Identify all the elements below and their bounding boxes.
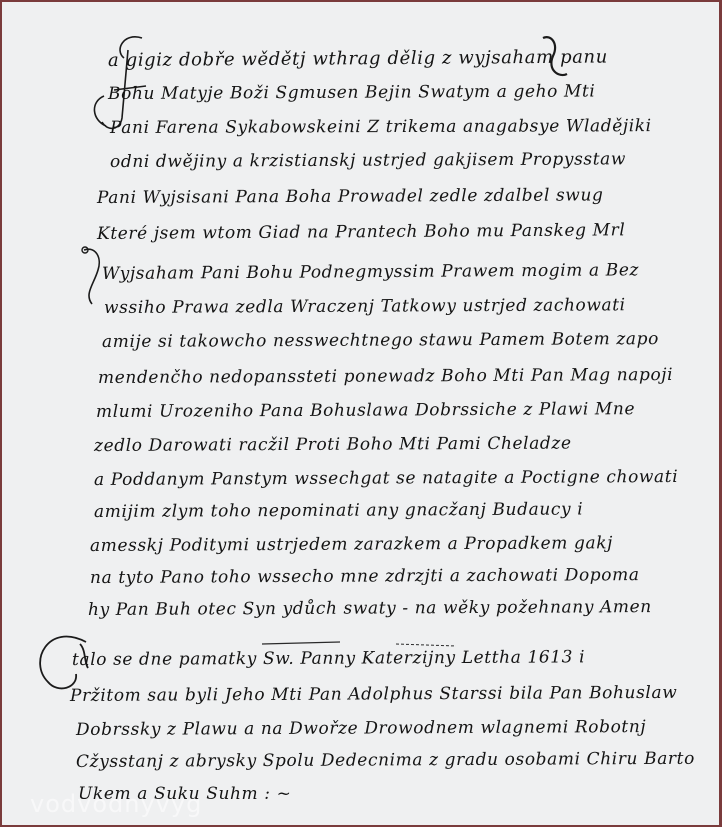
document-frame: a gigiz dobře wědětj wthrag dělig z wyjs…	[0, 0, 722, 827]
manuscript-line-1: a gigiz dobře wědětj wthrag dělig z wyjs…	[108, 47, 608, 71]
manuscript-line-11: mlumi Urozeniho Pana Bohuslawa Dobrssich…	[96, 399, 635, 422]
manuscript-line-8: wssiho Prawa zedla Wraczenj Tatkowy ustr…	[104, 295, 626, 318]
manuscript-line-4: odni dwějiny a krzistianskj ustrjed gakj…	[110, 149, 626, 172]
manuscript-line-2: Bohu Matyje Boži Sgmusen Bejin Swatym a …	[108, 81, 596, 104]
manuscript-page: a gigiz dobře wědětj wthrag dělig z wyjs…	[2, 2, 719, 825]
manuscript-line-12: zedlo Darowati racžil Proti Boho Mti Pam…	[94, 433, 572, 456]
manuscript-line-19: Pržitom sau byli Jeho Mti Pan Adolphus S…	[70, 683, 677, 706]
manuscript-line-21: Cžysstanj z abrysky Spolu Dedecnima z gr…	[76, 749, 695, 772]
manuscript-line-14: amijim zlym toho nepominati any gnacžanj…	[94, 499, 583, 522]
manuscript-line-3: Pani Farena Sykabowskeini Z trikema anag…	[110, 116, 652, 138]
date-overline	[260, 638, 460, 648]
manuscript-line-17: hy Pan Buh otec Syn ydůch swaty - na wěk…	[88, 597, 652, 620]
manuscript-line-13: a Poddanym Panstym wssechgat se natagite…	[94, 467, 678, 490]
watermark-text: vodvodnyvyg	[30, 790, 202, 818]
manuscript-line-15: amesskj Poditymi ustrjedem zarazkem a Pr…	[90, 533, 613, 556]
manuscript-line-7: Wyjsaham Pani Bohu Podnegmyssim Prawem m…	[102, 260, 639, 284]
manuscript-line-18: talo se dne pamatky Sw. Panny Katerzijny…	[72, 647, 585, 670]
manuscript-line-10: mendenčho nedopanssteti ponewadz Boho Mt…	[98, 365, 673, 388]
manuscript-line-5: Pani Wyjsisani Pana Boha Prowadel zedle …	[97, 185, 604, 208]
manuscript-line-6: Které jsem wtom Giad na Prantech Boho mu…	[97, 220, 625, 244]
manuscript-line-20: Dobrssky z Plawu a na Dwořze Drowodnem w…	[76, 717, 646, 740]
manuscript-line-9: amije si takowcho nesswechtnego stawu Pa…	[102, 329, 659, 352]
manuscript-line-16: na tyto Pano toho wssecho mne zdrzjti a …	[90, 565, 640, 588]
